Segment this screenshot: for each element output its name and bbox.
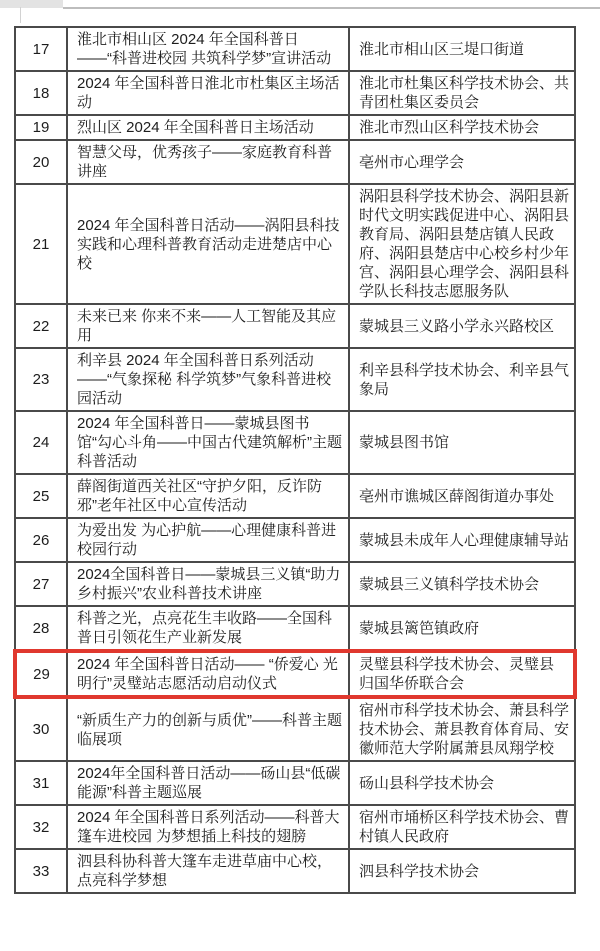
row-number-cell: 20 <box>15 140 67 184</box>
table-row: 19烈山区 2024 年全国科普日主场活动淮北市烈山区科学技术协会 <box>15 115 575 140</box>
row-number-cell: 24 <box>15 411 67 474</box>
table-row: 30“新质生产力的创新与质优”——科普主题临展项宿州市科学技术协会、萧县科学技术… <box>15 697 575 761</box>
row-number-cell: 18 <box>15 71 67 115</box>
row-number-cell: 19 <box>15 115 67 140</box>
table-row: 28科普之光，点亮花生丰收路——全国科普日引领花生产业新发展蒙城县篱笆镇政府 <box>15 606 575 651</box>
row-number-cell: 25 <box>15 474 67 518</box>
organizer-cell: 蒙城县图书馆 <box>349 411 575 474</box>
activity-cell: 2024 年全国科普日活动——涡阳县科技实践和心理科普教育活动走进楚店中心校 <box>67 184 349 304</box>
activity-cell: 薛阁街道西关社区“守护夕阳，反诈防邪”老年社区中心宣传活动 <box>67 474 349 518</box>
organizer-cell: 蒙城县篱笆镇政府 <box>349 606 575 651</box>
table-row: 242024 年全国科普日——蒙城县图书馆“勾心斗角——中国古代建筑解析”主题科… <box>15 411 575 474</box>
table-row-highlighted: 292024 年全国科普日活动—— “侨爱心 光明行”灵璧站志愿活动启动仪式灵璧… <box>15 651 575 697</box>
row-number-cell: 30 <box>15 697 67 761</box>
table-row: 22未来已来 你来不来——人工智能及其应用蒙城县三义路小学永兴路校区 <box>15 304 575 348</box>
activity-cell: 2024全国科普日——蒙城县三义镇“助力乡村振兴”农业科普技术讲座 <box>67 562 349 606</box>
organizer-cell: 蒙城县三义路小学永兴路校区 <box>349 304 575 348</box>
row-number-cell: 33 <box>15 849 67 893</box>
activity-cell: 2024 年全国科普日——蒙城县图书馆“勾心斗角——中国古代建筑解析”主题科普活… <box>67 411 349 474</box>
activity-cell: 泗县科协科普大篷车走进草庙中心校，点亮科学梦想 <box>67 849 349 893</box>
organizer-cell: 亳州市心理学会 <box>349 140 575 184</box>
table-row: 23利辛县 2024 年全国科普日系列活动——“气象探秘 科学筑梦”气象科普进校… <box>15 348 575 411</box>
table-row: 272024全国科普日——蒙城县三义镇“助力乡村振兴”农业科普技术讲座蒙城县三义… <box>15 562 575 606</box>
table-row: 25薛阁街道西关社区“守护夕阳，反诈防邪”老年社区中心宣传活动亳州市谯城区薛阁街… <box>15 474 575 518</box>
organizer-cell: 淮北市杜集区科学技术协会、共青团杜集区委员会 <box>349 71 575 115</box>
row-number-cell: 28 <box>15 606 67 651</box>
activity-cell: 未来已来 你来不来——人工智能及其应用 <box>67 304 349 348</box>
cropped-previous-row-divider <box>20 7 21 23</box>
organizer-cell: 灵璧县科学技术协会、灵璧县归国华侨联合会 <box>349 651 575 697</box>
row-number-cell: 22 <box>15 304 67 348</box>
cropped-previous-row-remnant <box>0 0 63 8</box>
organizer-cell: 利辛县科学技术协会、利辛县气象局 <box>349 348 575 411</box>
row-number-cell: 17 <box>15 27 67 71</box>
organizer-cell: 砀山县科学技术协会 <box>349 761 575 805</box>
cropped-previous-row-border <box>63 7 600 9</box>
activities-table: 17淮北市相山区 2024 年全国科普日——“科普进校园 共筑科学梦”宣讲活动淮… <box>13 26 577 894</box>
activity-cell: 2024 年全国科普日活动—— “侨爱心 光明行”灵璧站志愿活动启动仪式 <box>67 651 349 697</box>
row-number-cell: 23 <box>15 348 67 411</box>
row-number-cell: 31 <box>15 761 67 805</box>
organizer-cell: 蒙城县三义镇科学技术协会 <box>349 562 575 606</box>
row-number-cell: 32 <box>15 805 67 849</box>
row-number-cell: 26 <box>15 518 67 562</box>
organizer-cell: 宿州市科学技术协会、萧县科学技术协会、萧县教育体育局、安徽师范大学附属萧县凤翔学… <box>349 697 575 761</box>
activity-cell: 2024年全国科普日活动——砀山县“低碳能源”科普主题巡展 <box>67 761 349 805</box>
activity-cell: “新质生产力的创新与质优”——科普主题临展项 <box>67 697 349 761</box>
organizer-cell: 宿州市埇桥区科学技术协会、曹村镇人民政府 <box>349 805 575 849</box>
activity-cell: 利辛县 2024 年全国科普日系列活动——“气象探秘 科学筑梦”气象科普进校园活… <box>67 348 349 411</box>
activity-cell: 智慧父母，优秀孩子——家庭教育科普讲座 <box>67 140 349 184</box>
table-row: 33泗县科协科普大篷车走进草庙中心校，点亮科学梦想泗县科学技术协会 <box>15 849 575 893</box>
organizer-cell: 涡阳县科学技术协会、涡阳县新时代文明实践促进中心、涡阳县教育局、涡阳县楚店镇人民… <box>349 184 575 304</box>
organizer-cell: 蒙城县未成年人心理健康辅导站 <box>349 518 575 562</box>
organizer-cell: 亳州市谯城区薛阁街道办事处 <box>349 474 575 518</box>
row-number-cell: 27 <box>15 562 67 606</box>
table-row: 20智慧父母，优秀孩子——家庭教育科普讲座亳州市心理学会 <box>15 140 575 184</box>
row-number-cell: 29 <box>15 651 67 697</box>
table-row: 322024 年全国科普日系列活动——科普大篷车进校园 为梦想插上科技的翅膀宿州… <box>15 805 575 849</box>
activity-cell: 为爱出发 为心护航——心理健康科普进校园行动 <box>67 518 349 562</box>
table-row: 17淮北市相山区 2024 年全国科普日——“科普进校园 共筑科学梦”宣讲活动淮… <box>15 27 575 71</box>
organizer-cell: 泗县科学技术协会 <box>349 849 575 893</box>
activities-table-body: 17淮北市相山区 2024 年全国科普日——“科普进校园 共筑科学梦”宣讲活动淮… <box>15 27 575 893</box>
organizer-cell: 淮北市相山区三堤口街道 <box>349 27 575 71</box>
activity-cell: 科普之光，点亮花生丰收路——全国科普日引领花生产业新发展 <box>67 606 349 651</box>
organizer-cell: 淮北市烈山区科学技术协会 <box>349 115 575 140</box>
activity-cell: 烈山区 2024 年全国科普日主场活动 <box>67 115 349 140</box>
table-row: 212024 年全国科普日活动——涡阳县科技实践和心理科普教育活动走进楚店中心校… <box>15 184 575 304</box>
activity-cell: 2024 年全国科普日淮北市杜集区主场活动 <box>67 71 349 115</box>
table-row: 312024年全国科普日活动——砀山县“低碳能源”科普主题巡展砀山县科学技术协会 <box>15 761 575 805</box>
table-row: 26为爱出发 为心护航——心理健康科普进校园行动蒙城县未成年人心理健康辅导站 <box>15 518 575 562</box>
row-number-cell: 21 <box>15 184 67 304</box>
table-row: 182024 年全国科普日淮北市杜集区主场活动淮北市杜集区科学技术协会、共青团杜… <box>15 71 575 115</box>
activity-cell: 2024 年全国科普日系列活动——科普大篷车进校园 为梦想插上科技的翅膀 <box>67 805 349 849</box>
activity-cell: 淮北市相山区 2024 年全国科普日——“科普进校园 共筑科学梦”宣讲活动 <box>67 27 349 71</box>
